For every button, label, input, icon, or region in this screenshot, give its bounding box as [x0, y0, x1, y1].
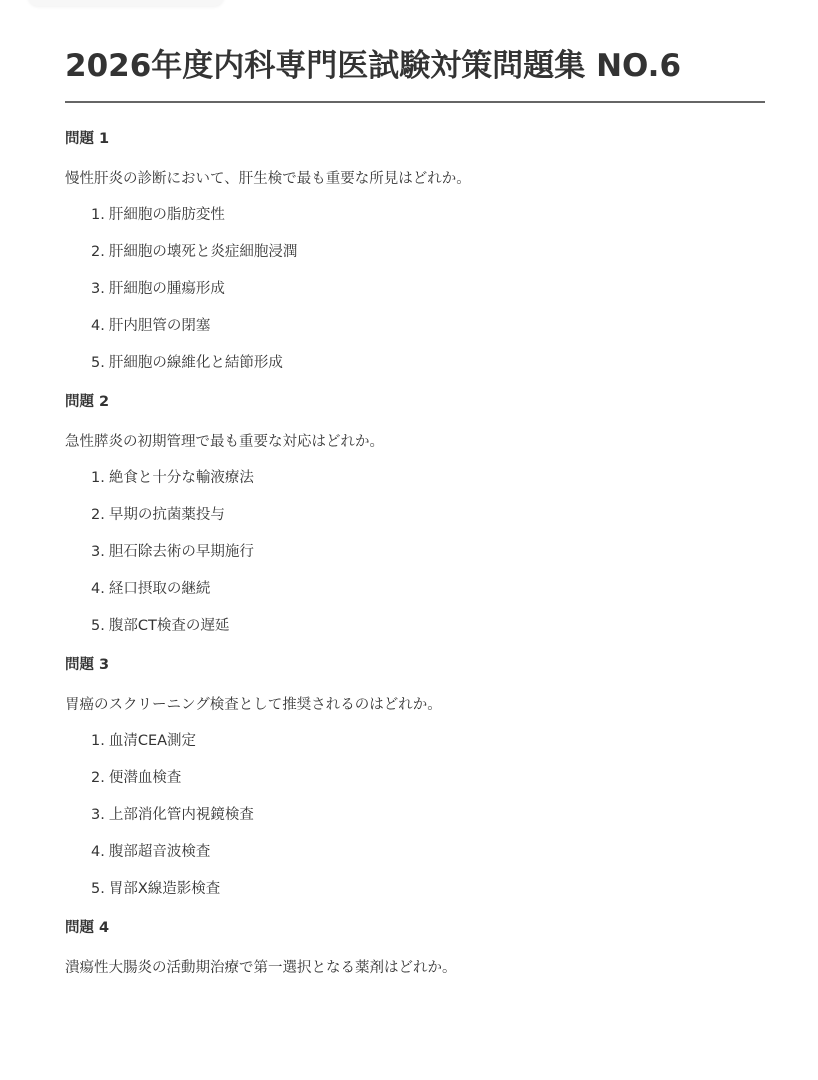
option-item: 2.肝細胞の壊死と炎症細胞浸潤	[91, 239, 765, 276]
option-item: 1.肝細胞の脂肪変性	[91, 202, 765, 239]
option-number: 1.	[91, 470, 105, 486]
option-item: 2.便潜血検査	[91, 765, 765, 802]
question-text: 慢性肝炎の診断において、肝生検で最も重要な所見はどれか。	[65, 166, 765, 192]
option-label: 肝細胞の脂肪変性	[109, 207, 225, 223]
question-text: 胃癌のスクリーニング検査として推奨されるのはどれか。	[65, 692, 765, 718]
option-number: 5.	[91, 881, 105, 897]
question-heading: 問題 4	[65, 913, 765, 943]
option-item: 3.胆石除去術の早期施行	[91, 539, 765, 576]
option-item: 3.肝細胞の腫瘍形成	[91, 276, 765, 313]
option-item: 4.肝内胆管の閉塞	[91, 313, 765, 350]
question-2: 問題 2 急性膵炎の初期管理で最も重要な対応はどれか。 1.絶食と十分な輸液療法…	[65, 387, 765, 650]
option-label: 胃部X線造影検査	[109, 881, 220, 897]
option-number: 4.	[91, 318, 105, 334]
title-divider	[65, 101, 765, 103]
option-list: 1.血清CEA測定 2.便潜血検査 3.上部消化管内視鏡検査 4.腹部超音波検査…	[65, 728, 765, 913]
question-text: 潰瘍性大腸炎の活動期治療で第一選択となる薬剤はどれか。	[65, 955, 765, 981]
option-item: 5.肝細胞の線維化と結節形成	[91, 350, 765, 387]
option-number: 2.	[91, 244, 105, 260]
option-number: 4.	[91, 581, 105, 597]
option-label: 肝細胞の線維化と結節形成	[109, 355, 283, 371]
option-number: 1.	[91, 733, 105, 749]
option-item: 5.胃部X線造影検査	[91, 876, 765, 913]
option-number: 2.	[91, 507, 105, 523]
option-label: 胆石除去術の早期施行	[109, 544, 254, 560]
option-number: 1.	[91, 207, 105, 223]
option-item: 1.絶食と十分な輸液療法	[91, 465, 765, 502]
option-number: 2.	[91, 770, 105, 786]
question-text: 急性膵炎の初期管理で最も重要な対応はどれか。	[65, 429, 765, 455]
option-number: 3.	[91, 807, 105, 823]
option-label: 絶食と十分な輸液療法	[109, 470, 254, 486]
option-label: 上部消化管内視鏡検査	[109, 807, 254, 823]
question-heading: 問題 2	[65, 387, 765, 417]
option-number: 3.	[91, 281, 105, 297]
option-item: 5.腹部CT検査の遅延	[91, 613, 765, 650]
question-1: 問題 1 慢性肝炎の診断において、肝生検で最も重要な所見はどれか。 1.肝細胞の…	[65, 124, 765, 387]
option-number: 5.	[91, 355, 105, 371]
question-3: 問題 3 胃癌のスクリーニング検査として推奨されるのはどれか。 1.血清CEA測…	[65, 650, 765, 913]
question-heading: 問題 3	[65, 650, 765, 680]
option-label: 肝細胞の腫瘍形成	[109, 281, 225, 297]
option-label: 腹部超音波検査	[109, 844, 211, 860]
option-item: 4.経口摂取の継続	[91, 576, 765, 613]
question-heading: 問題 1	[65, 124, 765, 154]
question-list: 問題 1 慢性肝炎の診断において、肝生検で最も重要な所見はどれか。 1.肝細胞の…	[65, 124, 765, 991]
option-item: 1.血清CEA測定	[91, 728, 765, 765]
option-number: 4.	[91, 844, 105, 860]
option-label: 早期の抗菌薬投与	[109, 507, 225, 523]
option-item: 4.腹部超音波検査	[91, 839, 765, 876]
question-4: 問題 4 潰瘍性大腸炎の活動期治療で第一選択となる薬剤はどれか。	[65, 913, 765, 981]
option-item: 2.早期の抗菌薬投与	[91, 502, 765, 539]
option-label: 腹部CT検査の遅延	[109, 618, 229, 634]
option-label: 肝内胆管の閉塞	[109, 318, 211, 334]
option-label: 肝細胞の壊死と炎症細胞浸潤	[109, 244, 298, 260]
top-pill-remnant	[28, 0, 224, 6]
option-number: 5.	[91, 618, 105, 634]
option-item: 3.上部消化管内視鏡検査	[91, 802, 765, 839]
option-label: 経口摂取の継続	[109, 581, 211, 597]
option-list: 1.絶食と十分な輸液療法 2.早期の抗菌薬投与 3.胆石除去術の早期施行 4.経…	[65, 465, 765, 650]
option-label: 血清CEA測定	[109, 733, 196, 749]
option-label: 便潜血検査	[109, 770, 182, 786]
option-number: 3.	[91, 544, 105, 560]
page-title: 2026年度内科専門医試験対策問題集 NO.6	[65, 44, 681, 88]
option-list: 1.肝細胞の脂肪変性 2.肝細胞の壊死と炎症細胞浸潤 3.肝細胞の腫瘍形成 4.…	[65, 202, 765, 387]
